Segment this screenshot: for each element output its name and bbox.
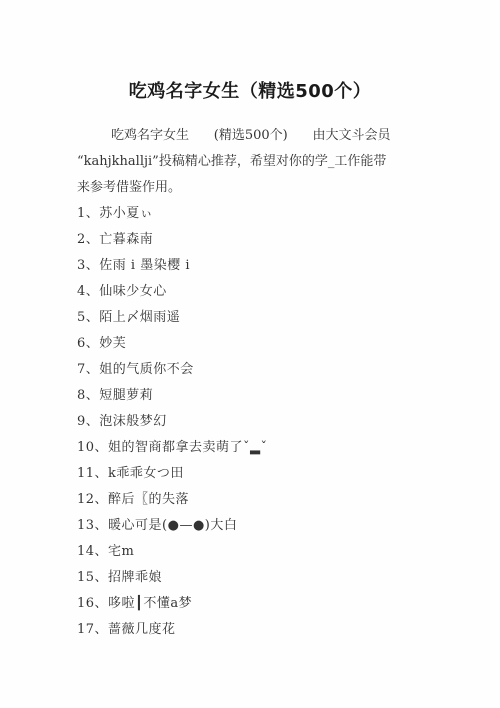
intro-line: 吃鸡名字女生 (精选500个) 由大文斗会员	[77, 123, 437, 149]
list-item: 16、哆啦┃不懂a梦	[77, 591, 268, 617]
list-item: 9、泡沫般梦幻	[77, 409, 268, 435]
list-item: 4、仙味少女心	[77, 279, 268, 305]
list-item: 1、苏小夏ぃ	[77, 201, 268, 227]
list-item: 17、蔷薇几度花	[77, 617, 268, 643]
list-item: 11、k乖乖女つ田	[77, 461, 268, 487]
intro-paragraph: 吃鸡名字女生 (精选500个) 由大文斗会员 “kahjkhallji”投稿精心…	[77, 123, 437, 201]
document-title: 吃鸡名字女生（精选500个）	[0, 77, 500, 103]
document-page: 吃鸡名字女生（精选500个） 吃鸡名字女生 (精选500个) 由大文斗会员 “k…	[0, 0, 500, 708]
list-item: 5、陌上〆烟雨遥	[77, 305, 268, 331]
intro-line: “kahjkhallji”投稿精心推荐，希望对你的学_工作能带	[77, 149, 437, 175]
list-item: 7、姐的气质你不会	[77, 357, 268, 383]
list-item: 2、亡暮森南	[77, 227, 268, 253]
list-item: 13、暖心可是(●—●)大白	[77, 513, 268, 539]
list-item: 6、妙芙	[77, 331, 268, 357]
list-item: 15、招牌乖娘	[77, 565, 268, 591]
list-item: 8、短腿萝莉	[77, 383, 268, 409]
list-item: 3、佐雨 i 墨染樱 i	[77, 253, 268, 279]
list-item: 10、姐的智商都拿去卖萌了ˇ▂ˇ	[77, 435, 268, 461]
name-list: 1、苏小夏ぃ 2、亡暮森南 3、佐雨 i 墨染樱 i 4、仙味少女心 5、陌上〆…	[77, 201, 268, 643]
list-item: 12、醉后〖的失落	[77, 487, 268, 513]
intro-line: 来参考借鉴作用。	[77, 175, 437, 201]
list-item: 14、宅m	[77, 539, 268, 565]
